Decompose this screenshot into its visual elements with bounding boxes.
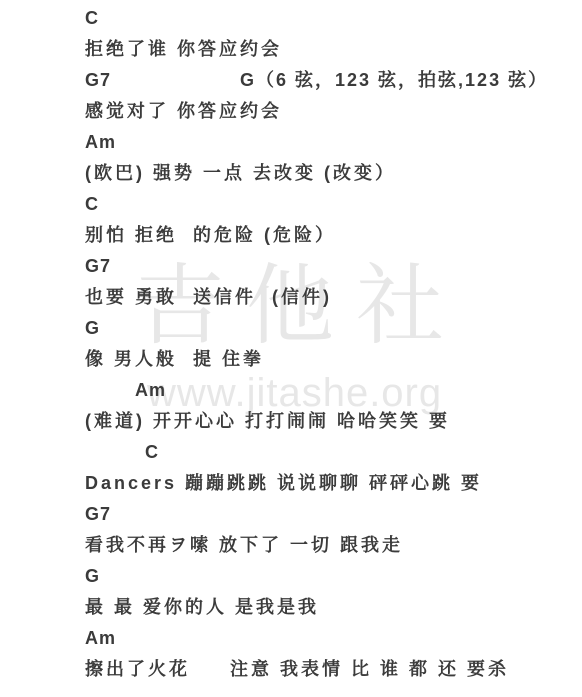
chord-line: G7G（6 弦，123 弦，拍弦,123 弦） bbox=[85, 65, 582, 96]
chord-label: C bbox=[145, 442, 159, 462]
lyric-line: 也要 勇敢 送信件 (信件) bbox=[85, 282, 582, 313]
chord-label: G bbox=[85, 318, 100, 338]
lyric-line: (欧巴) 强势 一点 去改变 (改变） bbox=[85, 158, 582, 189]
chord-lyric-sheet: C拒绝了谁 你答应约会G7G（6 弦，123 弦，拍弦,123 弦）感觉对了 你… bbox=[0, 0, 582, 685]
chord-label: G bbox=[85, 566, 100, 586]
strum-pattern-annotation: G（6 弦，123 弦，拍弦,123 弦） bbox=[240, 65, 548, 96]
chord-label: Am bbox=[135, 380, 166, 400]
lyric-text: (难道) 开开心心 打打闹闹 哈哈笑笑 要 bbox=[85, 411, 450, 431]
lyric-text: 擦出了火花 注意 我表情 比 谁 都 还 要杀 bbox=[85, 659, 509, 679]
chord-line: Am bbox=[85, 623, 582, 654]
chord-line: C bbox=[85, 189, 582, 220]
chord-line: G bbox=[85, 561, 582, 592]
lyric-line: Dancers 蹦蹦跳跳 说说聊聊 砰砰心跳 要 bbox=[85, 468, 582, 499]
lyric-line: 别怕 拒绝 的危险 (危险） bbox=[85, 220, 582, 251]
lyric-text: 拒绝了谁 你答应约会 bbox=[85, 39, 282, 59]
chord-label: C bbox=[85, 8, 99, 28]
chord-label: G7 bbox=[85, 256, 111, 276]
chord-label: Am bbox=[85, 132, 116, 152]
lyric-text: 像 男人般 提 住拳 bbox=[85, 349, 264, 369]
chord-line: Am bbox=[85, 375, 582, 406]
lyric-line: (难道) 开开心心 打打闹闹 哈哈笑笑 要 bbox=[85, 406, 582, 437]
chord-sheet-page: 吉他社 www.jitashe.org C拒绝了谁 你答应约会G7G（6 弦，1… bbox=[0, 0, 582, 697]
lyric-line: 最 最 爱你的人 是我是我 bbox=[85, 592, 582, 623]
chord-line: C bbox=[85, 437, 582, 468]
lyric-text: 最 最 爱你的人 是我是我 bbox=[85, 597, 319, 617]
chord-label: G7 bbox=[85, 504, 111, 524]
lyric-line: 拒绝了谁 你答应约会 bbox=[85, 34, 582, 65]
chord-line: G7 bbox=[85, 499, 582, 530]
lyric-text: Dancers 蹦蹦跳跳 说说聊聊 砰砰心跳 要 bbox=[85, 473, 482, 493]
lyric-text: 感觉对了 你答应约会 bbox=[85, 101, 282, 121]
lyric-line: 擦出了火花 注意 我表情 比 谁 都 还 要杀 bbox=[85, 654, 582, 685]
chord-label: Am bbox=[85, 628, 116, 648]
chord-label: C bbox=[85, 194, 99, 214]
lyric-line: 感觉对了 你答应约会 bbox=[85, 96, 582, 127]
chord-label: G7 bbox=[85, 70, 111, 90]
lyric-text: 看我不再ヲ嗦 放下了 一切 跟我走 bbox=[85, 535, 403, 555]
lyric-text: (欧巴) 强势 一点 去改变 (改变） bbox=[85, 163, 396, 183]
chord-line: Am bbox=[85, 127, 582, 158]
lyric-text: 也要 勇敢 送信件 (信件) bbox=[85, 287, 332, 307]
lyric-line: 像 男人般 提 住拳 bbox=[85, 344, 582, 375]
lyric-line: 看我不再ヲ嗦 放下了 一切 跟我走 bbox=[85, 530, 582, 561]
chord-line: G7 bbox=[85, 251, 582, 282]
lyric-text: 别怕 拒绝 的危险 (危险） bbox=[85, 225, 336, 245]
chord-line: C bbox=[85, 3, 582, 34]
chord-line: G bbox=[85, 313, 582, 344]
